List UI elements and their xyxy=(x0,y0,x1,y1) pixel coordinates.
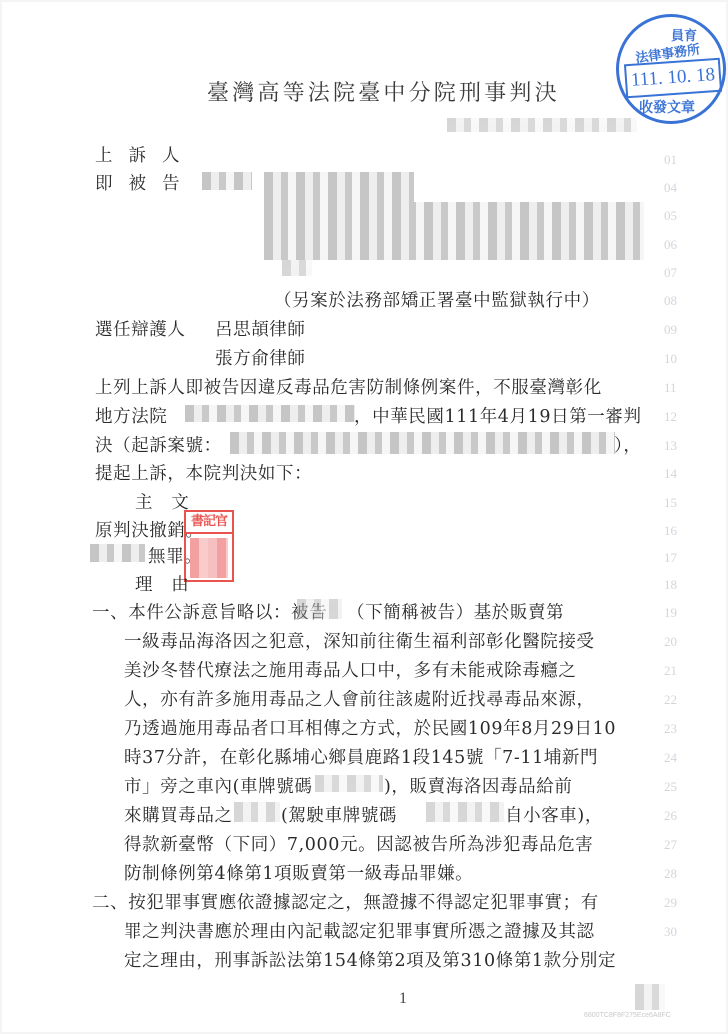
redacted-plate-2 xyxy=(426,802,504,822)
judgment-page: 員育 法律事務所 111. 10. 18 收發文章 臺灣高等法院臺中分院刑事判決… xyxy=(2,2,726,1032)
section1-line-6: 時37分許，在彰化縣埔心鄉員鹿路1段145號「7-11埔新門 xyxy=(124,744,598,769)
intro-line-1: 上列上訴人即被告因違反毒品危害防制條例案件，不服臺灣彰化 xyxy=(95,374,602,399)
section1-line-8-mid: (駕駛車牌號碼 xyxy=(281,802,397,827)
redacted-defendant-name-2 xyxy=(90,544,145,562)
intro-court: 地方法院 xyxy=(95,407,167,427)
section1-line-1: 一、本件公訴意旨略以：被告 xyxy=(92,599,327,624)
line-number: 22 xyxy=(664,692,677,708)
line-number: 10 xyxy=(664,351,677,367)
section1-line-2: 一級毒品海洛因之犯意，深知前往衛生福利部彰化醫院接受 xyxy=(124,628,595,653)
redacted-clerk-name xyxy=(190,538,228,578)
line-number: 23 xyxy=(664,721,677,737)
detention-note: （另案於法務部矯正署臺中監獄執行中） xyxy=(274,287,600,312)
redacted-lower-court-case xyxy=(185,405,355,422)
redacted-buyer-name xyxy=(234,802,280,822)
section1-line-4: 人，亦有許多施用毒品之人會前往該處附近找尋毒品來源， xyxy=(124,686,595,711)
line-number: 24 xyxy=(664,750,677,766)
section1-line-10: 防制條例第4條第1項販賣第一級毒品罪嫌。 xyxy=(124,860,473,885)
intro-line-4: 提起上訴，本院判決如下： xyxy=(95,460,312,485)
line-number: 19 xyxy=(664,605,677,621)
line-number: 01 xyxy=(664,152,677,168)
line-number: 27 xyxy=(664,837,677,853)
redacted-plate-1 xyxy=(315,775,383,792)
section2-line-2: 罪之判決書應於理由內記載認定犯罪事實所憑之證據及其認 xyxy=(124,918,595,943)
line-number: 29 xyxy=(664,895,677,911)
document-title: 臺灣高等法院臺中分院刑事判決 xyxy=(207,76,560,107)
section1-line-1-end: （下簡稱被告）基於販賣第 xyxy=(347,599,564,624)
redacted-defendant-info xyxy=(264,172,414,202)
line-number: 25 xyxy=(664,779,677,795)
section1-line-7: 市」旁之車內(車牌號碼 xyxy=(124,773,312,798)
redacted-defendant-extra xyxy=(282,260,312,276)
line-number: 13 xyxy=(664,438,677,454)
redacted-defendant-name xyxy=(202,172,252,190)
section1-line-8: 來購買毒品之 xyxy=(124,802,233,827)
intro-line-3-end: ）， xyxy=(614,432,641,457)
line-number: 07 xyxy=(664,265,677,281)
line-number: 17 xyxy=(664,550,677,566)
stamp-received-label: 收發文章 xyxy=(639,97,695,117)
line-number: 11 xyxy=(664,380,677,396)
main-heading: 主 文 xyxy=(135,489,189,514)
redacted-defendant-name-3 xyxy=(297,599,342,619)
line-number: 04 xyxy=(664,180,677,196)
redacted-indictment-number xyxy=(230,432,615,454)
section2-line-1: 二、按犯罪事實應依證據認定之，無證據不得認定犯罪事實；有 xyxy=(92,889,599,914)
section1-line-3: 美沙冬替代療法之施用毒品人口中，多有未能戒除毒癮之 xyxy=(124,657,577,682)
line-number: 06 xyxy=(664,237,677,253)
lawyer-1: 呂思頡律師 xyxy=(215,316,306,341)
line-number: 28 xyxy=(664,866,677,882)
section1-line-8-end: 自小客車)， xyxy=(505,802,603,827)
stamp-date: 111. 10. 18 xyxy=(624,58,722,99)
redacted-case-number xyxy=(447,118,637,132)
line-number: 26 xyxy=(664,808,677,824)
intro-date: ，中華民國111年4月19日第一審判 xyxy=(354,403,642,428)
redacted-defendant-address xyxy=(264,202,644,260)
line-number: 15 xyxy=(664,495,677,511)
lawyer-2: 張方俞律師 xyxy=(215,345,306,370)
section2-line-3: 定之理由，刑事訴訟法第154條第2項及第310條第1款分別定 xyxy=(124,947,616,972)
line-number: 12 xyxy=(664,409,677,425)
line-number: 20 xyxy=(664,634,677,650)
reason-heading: 理 由 xyxy=(135,571,189,596)
footer-verification-code: 6800TC8F8F275Ece6A8FC xyxy=(584,1012,671,1019)
section1-line-5: 乃透過施用毒品者口耳相傳之方式，於民國109年8月29日10 xyxy=(124,715,616,740)
line-number: 30 xyxy=(664,924,677,940)
page-number: 1 xyxy=(399,990,407,1008)
intro-line-3: 決（起訴案號： xyxy=(95,432,222,457)
defendant-label: 即被告 xyxy=(95,170,196,195)
line-number: 09 xyxy=(664,322,677,338)
line-number: 16 xyxy=(664,523,677,539)
received-stamp: 員育 法律事務所 111. 10. 18 收發文章 xyxy=(616,14,726,124)
line-number: 21 xyxy=(664,663,677,679)
clerk-stamp-label: 書記官 xyxy=(186,512,232,534)
line-number: 14 xyxy=(664,466,677,482)
clerk-stamp: 書記官 xyxy=(184,510,234,582)
redacted-footer-mark xyxy=(635,984,665,1010)
line-number: 08 xyxy=(664,293,677,309)
section1-line-9: 得款新臺幣（下同）7,000元。因認被告所為涉犯毒品危害 xyxy=(124,831,593,856)
defense-label: 選任辯護人 xyxy=(95,316,186,341)
appellant-label: 上訴人 xyxy=(95,142,196,167)
line-number: 18 xyxy=(664,577,677,593)
line-number: 05 xyxy=(664,208,677,224)
section1-line-7-end: )，販賣海洛因毒品給前 xyxy=(384,773,572,798)
intro-line-2: 地方法院 xyxy=(95,403,167,428)
